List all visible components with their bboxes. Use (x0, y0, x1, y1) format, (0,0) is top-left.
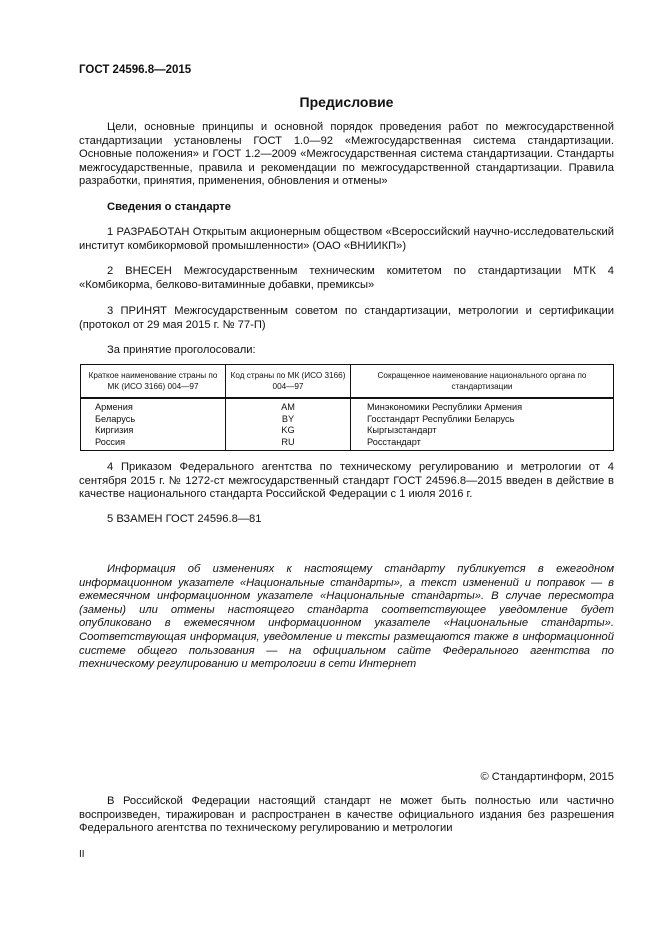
table-header-country: Краткое наименование страны по МК (ИСО 3… (81, 365, 226, 399)
section-heading: Сведения о стандарте (107, 201, 231, 213)
votes-label: За принятие проголосовали: (79, 344, 614, 358)
cell-code: BY (226, 414, 351, 426)
votes-label-text: За принятие проголосовали: (107, 344, 256, 356)
item-5: 5 ВЗАМЕН ГОСТ 24596.8—81 (79, 513, 614, 527)
document-code-header: ГОСТ 24596.8—2015 (79, 64, 191, 76)
table-row: Киргизия KG Кыргызстандарт (81, 425, 614, 437)
item-3: 3 ПРИНЯТ Межгосударственным советом по с… (79, 305, 614, 332)
cell-body: Минэкономики Республики Армения (351, 398, 614, 414)
table-row: Армения AM Минэкономики Республики Армен… (81, 398, 614, 414)
page-number: II (79, 849, 85, 860)
item-2: 2 ВНЕСЕН Межгосударственным техническим … (79, 265, 614, 292)
intro-paragraph: Цели, основные принципы и основной поряд… (79, 121, 614, 189)
copyright: © Стандартинформ, 2015 (79, 771, 614, 783)
item-2-text: 2 ВНЕСЕН Межгосударственным техническим … (79, 265, 614, 291)
legal-paragraph: В Российской Федерации настоящий стандар… (79, 795, 614, 836)
cell-body: Кыргызстандарт (351, 425, 614, 437)
cell-code: KG (226, 425, 351, 437)
item-5-text: 5 ВЗАМЕН ГОСТ 24596.8—81 (107, 513, 261, 525)
table-row: Россия RU Росстандарт (81, 437, 614, 451)
cell-body: Росстандарт (351, 437, 614, 451)
votes-table: Краткое наименование страны по МК (ИСО 3… (80, 364, 614, 451)
table-row: Беларусь BY Госстандарт Республики Белар… (81, 414, 614, 426)
item-3-text: 3 ПРИНЯТ Межгосударственным советом по с… (79, 305, 614, 331)
notice-text: Информация об изменениях к настоящему ст… (79, 563, 614, 670)
item-1: 1 РАЗРАБОТАН Открытым акционерным общест… (79, 226, 614, 253)
legal-text: В Российской Федерации настоящий стандар… (79, 795, 614, 834)
cell-country: Россия (81, 437, 226, 451)
item-4: 4 Приказом Федерального агентства по тех… (79, 461, 614, 502)
cell-country: Киргизия (81, 425, 226, 437)
cell-country: Армения (81, 398, 226, 414)
cell-code: AM (226, 398, 351, 414)
item-4-text: 4 Приказом Федерального агентства по тех… (79, 461, 614, 500)
intro-text: Цели, основные принципы и основной поряд… (79, 121, 614, 187)
page-title: Предисловие (79, 94, 614, 110)
table-header-body: Сокращенное наименование национального о… (351, 365, 614, 399)
document-page: ГОСТ 24596.8—2015 Предисловие Цели, осно… (0, 0, 661, 936)
cell-body: Госстандарт Республики Беларусь (351, 414, 614, 426)
cell-code: RU (226, 437, 351, 451)
table-header-code: Код страны по МК (ИСО 3166) 004—97 (226, 365, 351, 399)
item-1-text: 1 РАЗРАБОТАН Открытым акционерным общест… (79, 226, 614, 252)
cell-country: Беларусь (81, 414, 226, 426)
notice-paragraph: Информация об изменениях к настоящему ст… (79, 563, 614, 672)
